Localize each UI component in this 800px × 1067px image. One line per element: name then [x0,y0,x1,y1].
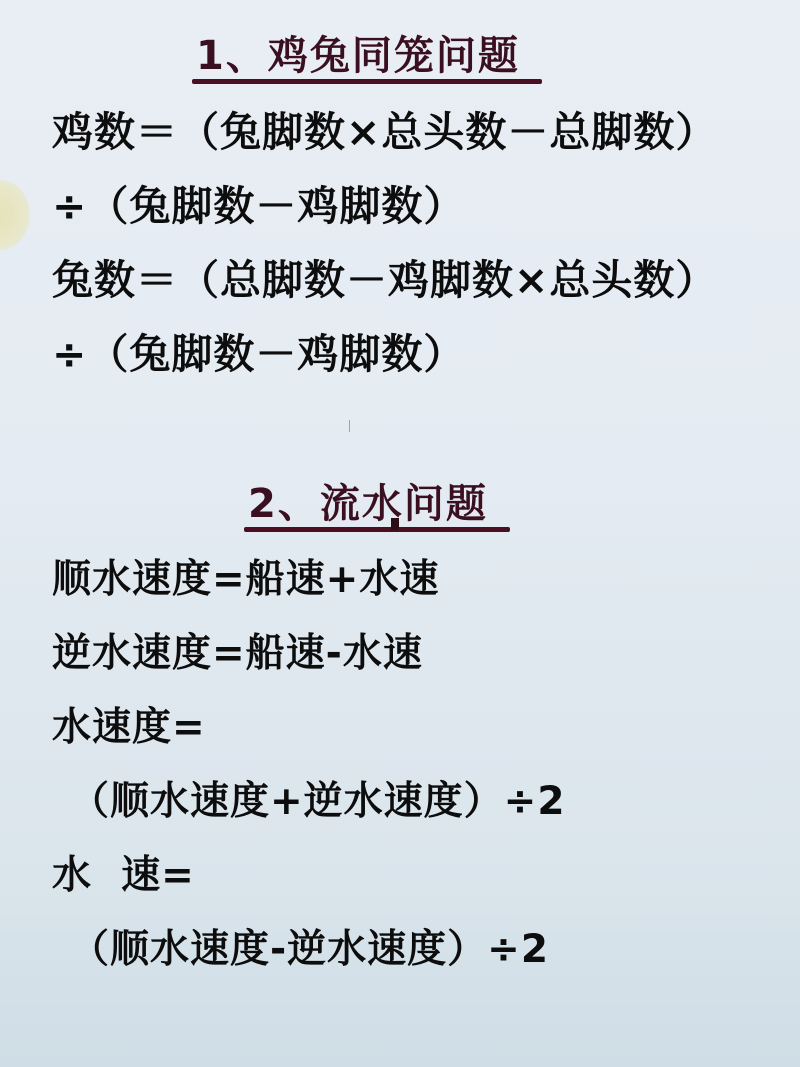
cursor-mark [391,518,399,530]
yellow-blur-blob [0,180,30,250]
formula-line: （顺水速度-逆水速度）÷2 [70,930,549,969]
formula-line: 兔数＝（总脚数－鸡脚数×总头数） [52,260,717,301]
section-title-text: 1、鸡兔同笼问题 [196,33,520,79]
formula-line: 水速度= [52,708,206,747]
title-underline [244,527,510,532]
formula-line: 水 速= [52,856,195,895]
formula-line: 鸡数＝（兔脚数×总头数－总脚数） [52,112,717,153]
formula-line: 逆水速度=船速-水速 [52,634,423,673]
formula-line: （顺水速度+逆水速度）÷2 [70,782,566,821]
formula-line: 顺水速度=船速+水速 [52,560,439,599]
section-title: 2、流水问题 [248,484,488,524]
section-title-text: 2、流水问题 [248,481,488,527]
formula-line: ÷（兔脚数－鸡脚数） [52,334,465,375]
stray-mark [349,420,350,432]
section-title: 1、鸡兔同笼问题 [196,36,520,76]
title-underline [192,79,542,84]
formula-line: ÷（兔脚数－鸡脚数） [52,186,465,227]
